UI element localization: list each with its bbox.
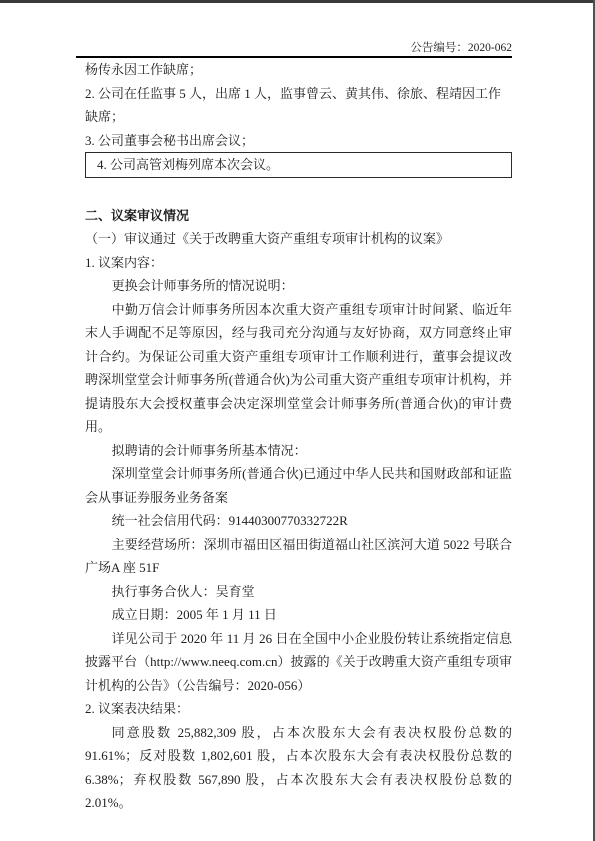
attendance-item-executives-boxed: 4. 公司高管刘梅列席本次会议。 bbox=[85, 152, 512, 178]
vote-result-heading: 2. 议案表决结果： bbox=[85, 697, 512, 721]
attendance-item-supervisors: 2. 公司在任监事 5 人，出席 1 人，监事曾云、黄其伟、徐旅、程靖因工作缺席… bbox=[85, 82, 512, 129]
established-date-line: 成立日期：2005 年 1 月 11 日 bbox=[85, 603, 512, 627]
attendance-item-board-secretary: 3. 公司董事会秘书出席会议； bbox=[85, 129, 512, 153]
document-content: 公告编号：2020-062 杨传永因工作缺席； 2. 公司在任监事 5 人，出席… bbox=[85, 0, 512, 815]
disclosure-reference-paragraph: 详见公司于 2020 年 11 月 26 日在全国中小企业股份转让系统指定信息披… bbox=[85, 627, 512, 698]
attendance-carryover-line: 杨传永因工作缺席； bbox=[85, 58, 512, 82]
credit-code-line: 统一社会信用代码：91440300770332722R bbox=[85, 509, 512, 533]
proposal-content-heading: 1. 议案内容： bbox=[85, 251, 512, 275]
business-address-line: 主要经营场所：深圳市福田区福田街道福山社区滨河大道 5022 号联合广场A 座 … bbox=[85, 533, 512, 580]
change-explanation-paragraph: 中勤万信会计师事务所因本次重大资产重组专项审计时间紧、临近年末人手调配不足等原因… bbox=[85, 298, 512, 439]
managing-partner-line: 执行事务合伙人：吴育堂 bbox=[85, 580, 512, 604]
change-note-heading: 更换会计师事务所的情况说明： bbox=[85, 274, 512, 298]
announcement-number: 公告编号：2020-062 bbox=[85, 0, 512, 55]
proposal-title: （一）审议通过《关于改聘重大资产重组专项审计机构的议案》 bbox=[85, 227, 512, 251]
firm-filing-paragraph: 深圳堂堂会计师事务所(普通合伙)已通过中华人民共和国财政部和证监会从事证券服务业… bbox=[85, 462, 512, 509]
firm-info-heading: 拟聘请的会计师事务所基本情况： bbox=[85, 439, 512, 463]
section-heading-proposal-review: 二、议案审议情况 bbox=[85, 204, 512, 228]
document-page: 公告编号：2020-062 杨传永因工作缺席； 2. 公司在任监事 5 人，出席… bbox=[0, 0, 595, 841]
vote-result-paragraph: 同意股数 25,882,309 股，占本次股东大会有表决权股份总数的 91.61… bbox=[85, 721, 512, 815]
